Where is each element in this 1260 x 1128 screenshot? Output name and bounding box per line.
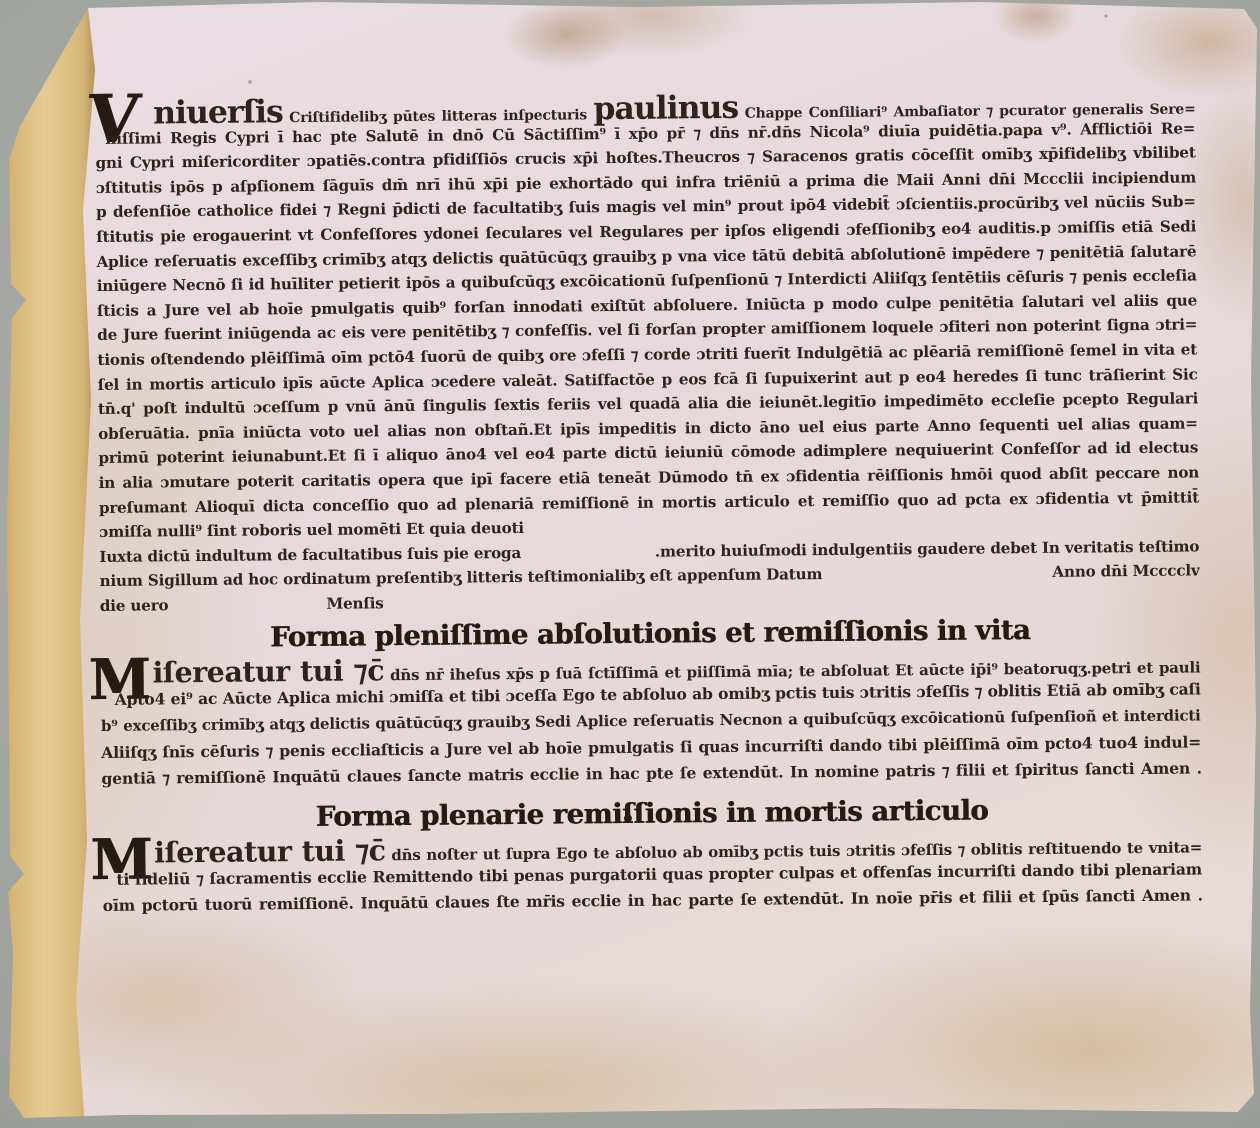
section-heading-absolution-in-vita: Forma pleniſſime abſolutionis et remiſſi… bbox=[100, 611, 1200, 658]
parchment-sheet: V niuerſis Criſtifidelibʒ pūtes litteras… bbox=[0, 0, 1260, 1128]
line-text-die-uero: die uero bbox=[100, 593, 169, 618]
line-text: ɔmiſſa nulli⁹ ſint roboris uel momēti Et… bbox=[99, 519, 524, 541]
main-indulgence-paragraph: V niuerſis Criſtifidelibʒ pūtes litteras… bbox=[95, 91, 1200, 618]
line-text-mensis: Menſis bbox=[326, 591, 383, 616]
printed-text-block: V niuerſis Criſtifidelibʒ pūtes litteras… bbox=[95, 91, 1203, 919]
section-absolution-in-vita: M iſereatur tui ⁊c̄ dn̄s nr̄ iheſus xp̄s… bbox=[100, 650, 1201, 793]
section-remission-in-mortis: M iſereatur tui ⁊c̄ dn̄s noſter ut ſupra… bbox=[102, 830, 1203, 920]
photo-backdrop: V niuerſis Criſtifidelibʒ pūtes litteras… bbox=[0, 0, 1260, 1128]
vellum-turned-edge bbox=[7, 0, 95, 1128]
line-text-right: Anno dn̄i Mcccclv bbox=[1052, 559, 1199, 585]
section-heading-remission-in-mortis: Forma plenarie remiſſionis in mortis art… bbox=[102, 791, 1202, 838]
